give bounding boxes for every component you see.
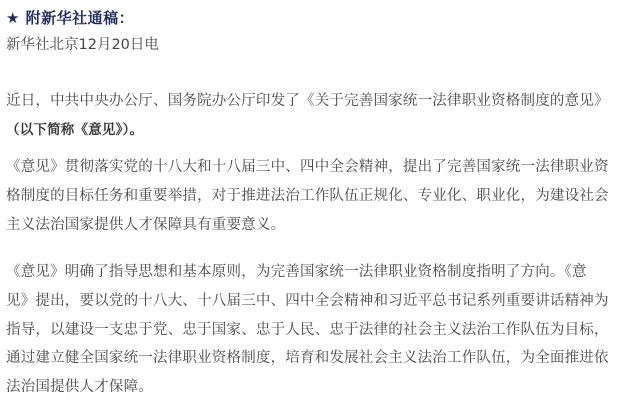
paragraph-line: 法治国提供人才保障。 xyxy=(6,373,636,402)
paragraph-line: 《意见》明确了指导思想和基本原则，为完善国家统一法律职业资格制度指明了方向。《意 xyxy=(6,258,636,287)
paragraph-line: 主义法治国家提供人才保障具有重要意义。 xyxy=(6,211,636,240)
paragraph-line: 见》提出，要以党的十八大、十八届三中、四中全会精神和习近平总书记系列重要讲话精神… xyxy=(6,287,636,316)
paragraph-guiding-principles: 《意见》明确了指导思想和基本原则，为完善国家统一法律职业资格制度指明了方向。《意… xyxy=(6,258,636,402)
paragraph-line: 格制度的目标任务和重要举措，对于推进法治工作队伍正规化、专业化、职业化，为建设社… xyxy=(6,182,636,211)
paragraph-line: 通过建立健全国家统一法律职业资格制度，培育和发展社会主义法治工作队伍，为全面推进… xyxy=(6,344,636,373)
dateline: 新华社北京12月20日电 xyxy=(6,35,159,55)
paragraph-line: 近日，中共中央办公厅、国务院办公厅印发了《关于完善国家统一法律职业资格制度的意见… xyxy=(6,87,636,116)
paragraph-intro: 近日，中共中央办公厅、国务院办公厅印发了《关于完善国家统一法律职业资格制度的意见… xyxy=(6,87,636,145)
section-title: ★ 附新华社通稿： xyxy=(6,8,134,28)
paragraph-line: 指导，以建设一支忠于党、忠于国家、忠于人民、忠于法律的社会主义法治工作队伍为目标… xyxy=(6,316,636,345)
paragraph-line: 《意见》贯彻落实党的十八大和十八届三中、四中全会精神，提出了完善国家统一法律职业… xyxy=(6,153,636,182)
abbreviation-note: （以下简称《意见》）。 xyxy=(6,116,636,145)
paragraph-significance: 《意见》贯彻落实党的十八大和十八届三中、四中全会精神，提出了完善国家统一法律职业… xyxy=(6,153,636,239)
